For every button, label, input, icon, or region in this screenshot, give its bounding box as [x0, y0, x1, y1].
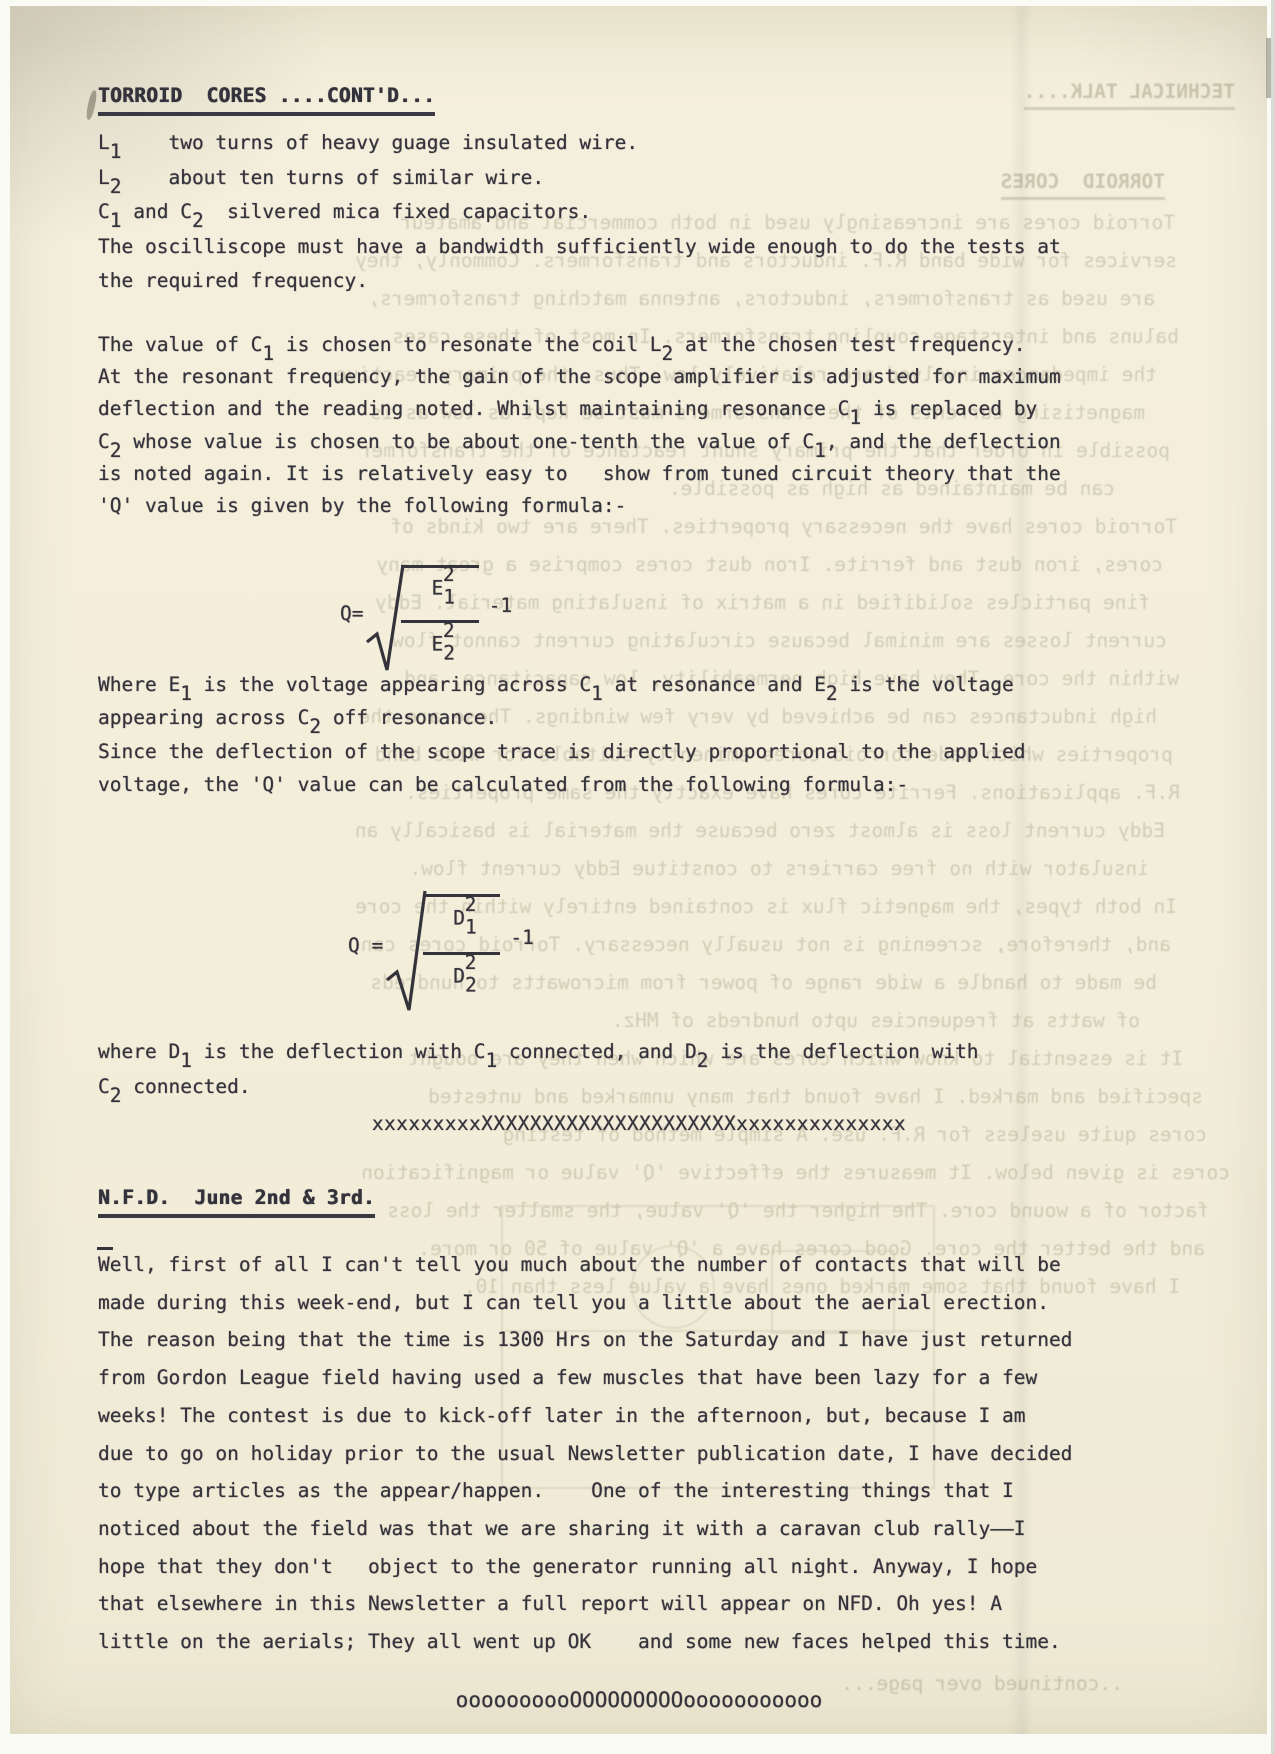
paragraph-nfd: Well, first of all I can't tell you much… [98, 1246, 1072, 1661]
formula-lhs: Q= [340, 602, 365, 625]
text-line: Since the deflection of the scope trace … [98, 735, 1025, 768]
section-heading-nfd: N.F.D. June 2nd & 3rd. [98, 1186, 375, 1218]
text-line: due to go on holiday prior to the usual … [98, 1435, 1072, 1473]
scanned-page: TECHNICAL TALK.... TORROID CORES Torroid… [10, 6, 1267, 1734]
formula-lhs: Q = [348, 934, 385, 957]
text-line: C2 connected. [98, 1069, 979, 1104]
component-list: L1 two turns of heavy guage insulated wi… [98, 126, 1061, 299]
text-line: Where E1 is the voltage appearing across… [98, 668, 1025, 701]
text-line: At the resonant frequency, the gain of t… [98, 361, 1061, 393]
text-line: Well, first of all I can't tell you much… [98, 1246, 1072, 1284]
text-line: from Gordon League field having used a f… [98, 1359, 1072, 1397]
typed-divider-o: oooooooooOOOOOOOOOooooooooooo [98, 1688, 1180, 1712]
text-line: made during this week-end, but I can tel… [98, 1284, 1072, 1322]
page-title: TORROID CORES ....CONT'D... [98, 84, 435, 116]
text-line: noticed about the field was that we are … [98, 1510, 1072, 1548]
scan-edge-shadow [1271, 0, 1275, 1754]
text-line: that elsewhere in this Newsletter a full… [98, 1585, 1072, 1623]
text-line: is noted again. It is relatively easy to… [98, 458, 1061, 490]
formula-tail: -1 [479, 594, 512, 617]
text-line: appearing across C2 off resonance. [98, 701, 1025, 734]
fraction-numerator: D12 [423, 897, 500, 955]
paragraph-resonance: The value of C1 is chosen to resonate th… [98, 329, 1061, 522]
fraction-numerator: E12 [401, 568, 478, 623]
radical-sign [385, 888, 427, 1014]
paragraph-where-d: where D1 is the deflection with C1 conne… [98, 1034, 979, 1104]
fraction: E12 E22 [401, 565, 478, 661]
text-line: The value of C1 is chosen to resonate th… [98, 329, 1061, 361]
text-line: to type articles as the appear/happen. O… [98, 1472, 1072, 1510]
q-formula-deflection: Q = D12 D22 -1 [348, 876, 534, 1014]
text-line: L2 about ten turns of similar wire. [98, 161, 1061, 196]
typed-divider-x: xxxxxxxxxXXXXXXXXXXXXXXXXXXXXXxxxxxxxxxx… [98, 1112, 1180, 1135]
text-line: C2 whose value is chosen to be about one… [98, 426, 1061, 458]
fraction: D12 D22 [423, 894, 500, 995]
text-line: little on the aerials; They all went up … [98, 1623, 1072, 1661]
formula-tail: -1 [500, 926, 533, 949]
text-line: 'Q' value is given by the following form… [98, 490, 1061, 522]
text-line: The oscilliscope must have a bandwidth s… [98, 230, 1061, 265]
q-formula-voltage: Q= E12 E22 -1 [340, 552, 512, 674]
fraction-denominator: E22 [401, 623, 478, 662]
text-line: weeks! The contest is due to kick-off la… [98, 1397, 1072, 1435]
paragraph-where-e: Where E1 is the voltage appearing across… [98, 668, 1025, 802]
text-line: deflection and the reading noted. Whilst… [98, 393, 1061, 425]
text-line: L1 two turns of heavy guage insulated wi… [98, 126, 1061, 161]
text-line: where D1 is the deflection with C1 conne… [98, 1034, 979, 1069]
fraction-denominator: D22 [423, 955, 500, 996]
text-line: the required frequency. [98, 264, 1061, 299]
text-line: The reason being that the time is 1300 H… [98, 1321, 1072, 1359]
text-line: C1 and C2 silvered mica fixed capacitors… [98, 195, 1061, 230]
text-line: voltage, the 'Q' value can be calculated… [98, 768, 1025, 801]
scan-edge-mark [1266, 38, 1271, 98]
typed-content: TORROID CORES ....CONT'D... L1 two turns… [10, 6, 1267, 1734]
text-line: hope that they don't object to the gener… [98, 1548, 1072, 1586]
radical-sign [365, 562, 405, 674]
